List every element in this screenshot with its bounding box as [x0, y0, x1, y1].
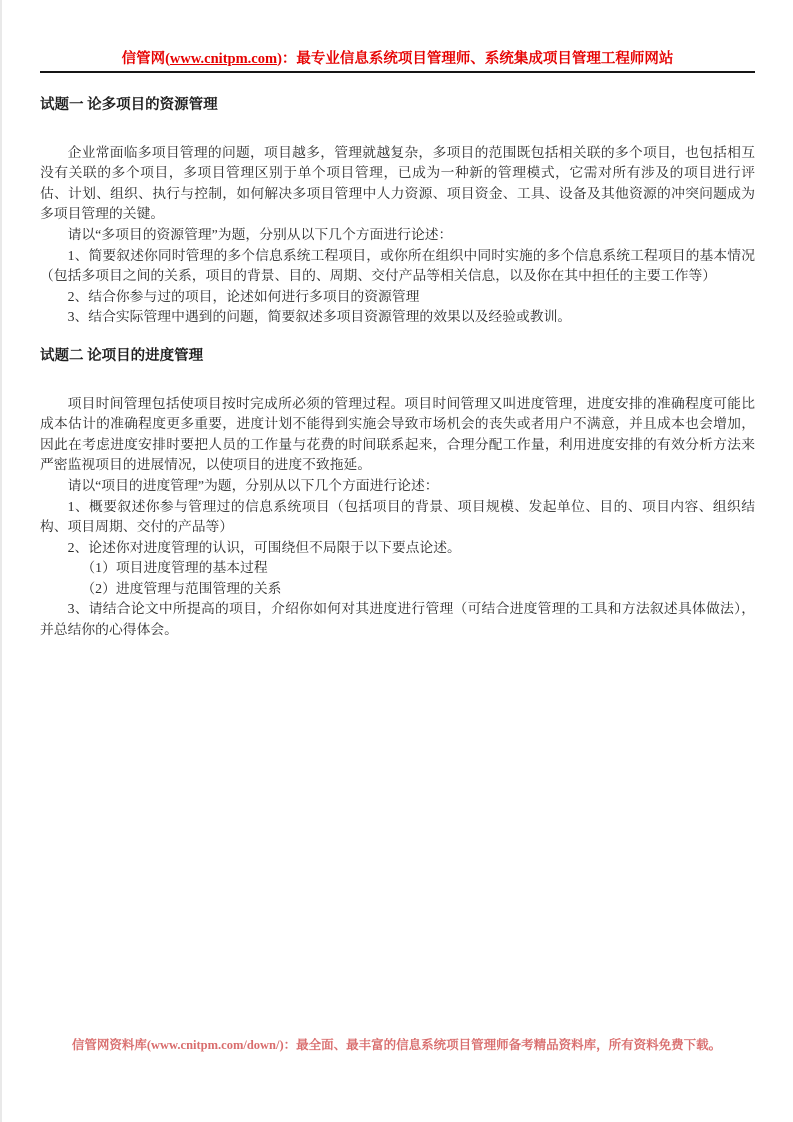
scan-artifact [0, 0, 2, 1122]
footer-tagline: 最全面、最丰富的信息系统项目管理师备考精品资料库，所有资料免费下载。 [296, 1038, 721, 1052]
question-2-sub-item: （1）项目进度管理的基本过程 [40, 558, 755, 579]
header-banner: 信管网(www.cnitpm.com)：最专业信息系统项目管理师、系统集成项目管… [40, 50, 755, 68]
question-2-title: 试题二 论项目的进度管理 [40, 346, 755, 367]
question-2-list-item: 1、概要叙述你参与管理过的信息系统项目（包括项目的背景、项目规模、发起单位、目的… [40, 497, 755, 538]
question-1-list-item: 3、结合实际管理中遇到的问题，简要叙述多项目资源管理的效果以及经验或教训。 [40, 307, 755, 328]
footer-note: 信管网资料库(www.cnitpm.com/down/)：最全面、最丰富的信息系… [20, 1037, 773, 1053]
footer-site-link: www.cnitpm.com/down/ [151, 1038, 279, 1052]
header-separator: )： [277, 51, 296, 67]
header-tagline: 最专业信息系统项目管理师、系统集成项目管理工程师网站 [296, 51, 673, 67]
question-1-title: 试题一 论多项目的资源管理 [40, 95, 755, 116]
document-page: 信管网(www.cnitpm.com)：最专业信息系统项目管理师、系统集成项目管… [0, 0, 793, 1122]
question-2-list-item: 2、论述你对进度管理的认识，可围绕但不局限于以下要点论述。 [40, 538, 755, 559]
question-2-paragraph: 项目时间管理包括使项目按时完成所必须的管理过程。项目时间管理又叫进度管理，进度安… [40, 394, 755, 476]
question-1-list-item: 2、结合你参与过的项目，论述如何进行多项目的资源管理 [40, 287, 755, 308]
document-body: 试题一 论多项目的资源管理 企业常面临多项目管理的问题，项目越多，管理就越复杂，… [40, 95, 755, 641]
header-site-name: 信管网( [122, 51, 170, 67]
question-1-list-item: 1、简要叙述你同时管理的多个信息系统工程项目，或你所在组织中同时实施的多个信息系… [40, 246, 755, 287]
section-question-2: 试题二 论项目的进度管理 项目时间管理包括使项目按时完成所必须的管理过程。项目时… [40, 346, 755, 641]
question-1-prompt: 请以“多项目的资源管理”为题，分别从以下几个方面进行论述： [40, 225, 755, 246]
question-2-prompt: 请以“项目的进度管理”为题，分别从以下几个方面进行论述： [40, 476, 755, 497]
question-2-list-item: 3、请结合论文中所提高的项目，介绍你如何对其进度进行管理（可结合进度管理的工具和… [40, 599, 755, 640]
header-site-link[interactable]: www.cnitpm.com [170, 51, 277, 67]
question-2-sub-item: （2）进度管理与范围管理的关系 [40, 579, 755, 600]
footer-site-name: 信管网资料库( [72, 1038, 151, 1052]
header-divider [40, 71, 755, 73]
section-question-1: 试题一 论多项目的资源管理 企业常面临多项目管理的问题，项目越多，管理就越复杂，… [40, 95, 755, 328]
question-1-paragraph: 企业常面临多项目管理的问题，项目越多，管理就越复杂，多项目的范围既包括相关联的多… [40, 143, 755, 225]
footer-separator: )： [279, 1038, 296, 1052]
